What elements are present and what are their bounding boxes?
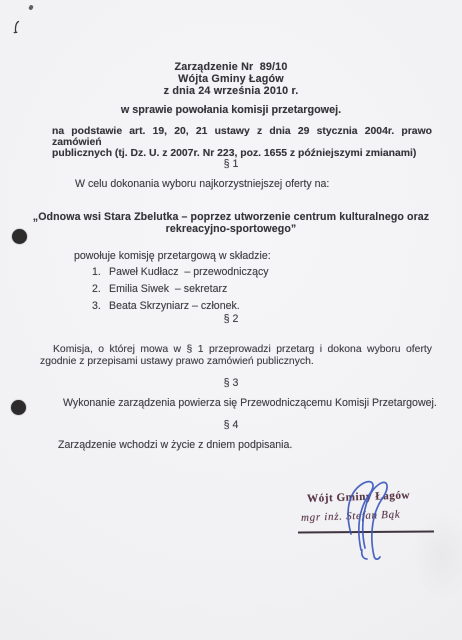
hole-punch-mark-bottom — [11, 400, 26, 415]
member-number: 2. — [92, 283, 109, 295]
scanned-ordinance-page: Zarządzenie Nr 89/10 Wójta Gminy Łagów z… — [0, 0, 462, 640]
section-3-label: § 3 — [0, 377, 462, 389]
subject-line: w sprawie powołania komisji przetargowej… — [0, 104, 462, 116]
section-2-label: § 2 — [0, 313, 462, 325]
section-4-text: Zarządzenie wchodzi w życie z dniem podp… — [58, 439, 292, 451]
committee-member-row: 3. Beata Skrzyniarz – członek. — [92, 300, 269, 312]
member-text: Emilia Siwek – sekretarz — [109, 283, 227, 295]
legal-basis-line-1: na podstawie art. 19, 20, 21 ustawy z dn… — [52, 126, 432, 148]
scanner-smudge — [412, 510, 462, 600]
project-title-line-1: „Odnowa wsi Stara Zbelutka – poprzez utw… — [30, 212, 432, 224]
member-number: 3. — [92, 300, 109, 312]
member-number: 1. — [92, 266, 109, 278]
committee-member-list: 1. Paweł Kudłacz – przewodniczący 2. Emi… — [92, 266, 269, 317]
ordinance-title-block: Zarządzenie Nr 89/10 Wójta Gminy Łagów z… — [0, 62, 462, 98]
committee-member-row: 1. Paweł Kudłacz – przewodniczący — [92, 266, 269, 278]
committee-member-row: 2. Emilia Siwek – sekretarz — [92, 283, 269, 295]
legal-basis-paragraph: na podstawie art. 19, 20, 21 ustawy z dn… — [52, 126, 432, 160]
pen-mark-icon — [11, 20, 22, 35]
committee-intro: powołuje komisję przetargową w składzie: — [74, 250, 271, 262]
project-title: „Odnowa wsi Stara Zbelutka – poprzez utw… — [30, 212, 432, 235]
ink-speck — [28, 4, 34, 10]
section-1-intro: W celu dokonania wyboru najkorzystniejsz… — [75, 178, 329, 190]
handwritten-signature — [320, 460, 420, 562]
section-2-paragraph: Komisja, o której mowa w § 1 przeprowadz… — [40, 344, 432, 368]
section-2-line-1: Komisja, o której mowa w § 1 przeprowadz… — [40, 344, 432, 356]
section-4-label: § 4 — [0, 419, 462, 431]
section-2-line-2: zgodnie z przepisami ustawy prawo zamówi… — [40, 356, 432, 368]
member-text: Paweł Kudłacz – przewodniczący — [109, 266, 269, 278]
section-1-label: § 1 — [0, 158, 462, 170]
section-3-text: Wykonanie zarządzenia powierza się Przew… — [63, 397, 437, 409]
project-title-line-2: rekreacyjno-sportowego” — [30, 224, 432, 236]
member-text: Beata Skrzyniarz – członek. — [109, 300, 240, 312]
hole-punch-mark-top — [12, 229, 27, 244]
ordinance-date: z dnia 24 września 2010 r. — [0, 86, 462, 98]
